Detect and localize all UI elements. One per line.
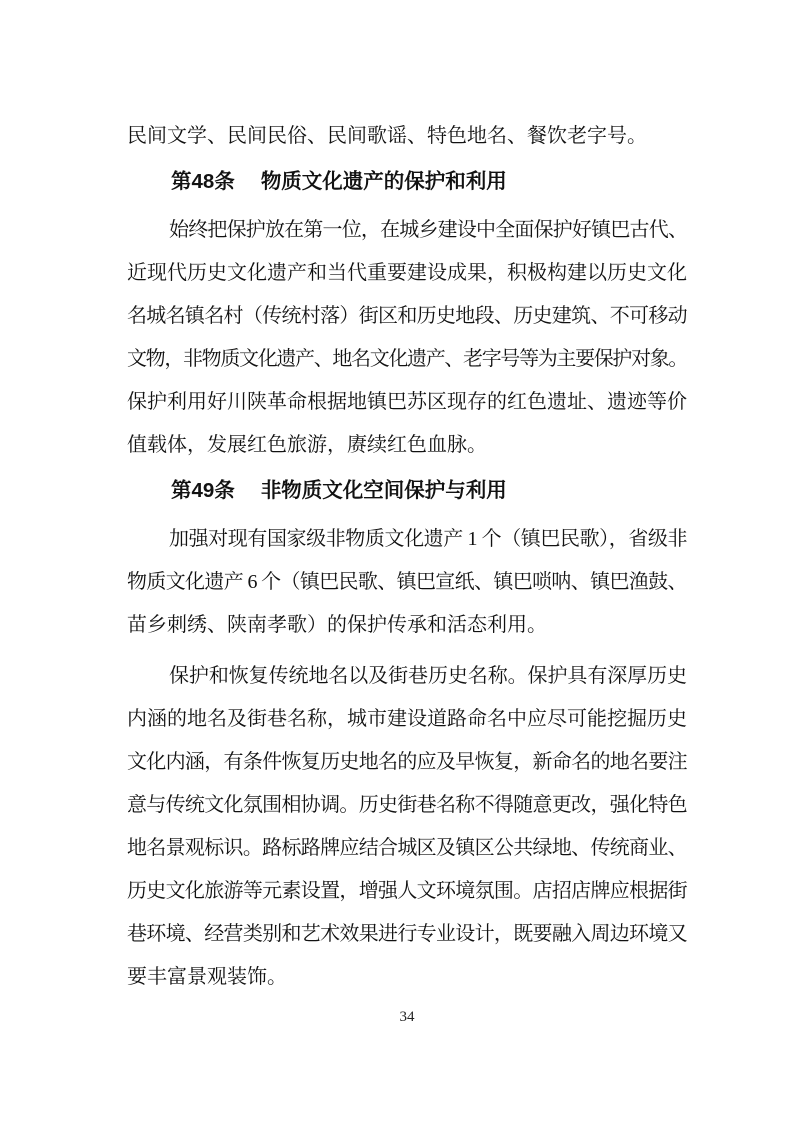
page-number: 34 (127, 1002, 687, 1032)
article-49-paragraph-2: 保护和恢复传统地名以及街巷历史名称。保护具有深厚历史 内涵的地名及街巷名称，城市… (127, 655, 687, 999)
text-line-content: 文物，非物质文化遗产、地名文化遗产、老字号等为主要保护对象。 (127, 348, 687, 370)
text-line-content: 近现代历史文化遗产和当代重要建设成果，积极构建以历史文化 (127, 262, 687, 284)
text-line: 名城名镇名村（传统村落）街区和历史地段、历史建筑、不可移动 (127, 295, 687, 338)
text-line: 值载体，发展红色旅游，赓续红色血脉。 (127, 424, 687, 467)
text-line: 文化内涵，有条件恢复历史地名的应及早恢复，新命名的地名要注 (127, 741, 687, 784)
text-line: 巷环境、经营类别和艺术效果进行专业设计，既要融入周边环境又 (127, 913, 687, 956)
text-line: 保护利用好川陕革命根据地镇巴苏区现存的红色遗址、遗迹等价 (127, 381, 687, 424)
article-48-title: 物质文化遗产的保护和利用 (261, 170, 507, 193)
text-line-content: 保护利用好川陕革命根据地镇巴苏区现存的红色遗址、遗迹等价 (127, 391, 687, 413)
article-49-heading: 第49条非物质文化空间保护与利用 (171, 469, 687, 512)
article-48-number: 第48条 (171, 170, 235, 193)
text-line-content: 文化内涵，有条件恢复历史地名的应及早恢复，新命名的地名要注 (127, 751, 687, 773)
text-line-content: 始终把保护放在第一位，在城乡建设中全面保护好镇巴古代、 (169, 219, 687, 241)
text-line-content: 内涵的地名及街巷名称，城市建设道路命名中应尽可能挖掘历史 (127, 708, 687, 730)
text-line: 历史文化旅游等元素设置，增强人文环境氛围。店招店牌应根据街 (127, 870, 687, 913)
text-line-content: 加强对现有国家级非物质文化遗产 1 个（镇巴民歌），省级非 (169, 528, 687, 550)
text-line-content: 巷环境、经营类别和艺术效果进行专业设计，既要融入周边环境又 (127, 923, 687, 945)
text-line: 文物，非物质文化遗产、地名文化遗产、老字号等为主要保护对象。 (127, 338, 687, 381)
text-line-content: 意与传统文化氛围相协调。历史街巷名称不得随意更改，强化特色 (127, 794, 687, 816)
article-48-paragraph: 始终把保护放在第一位，在城乡建设中全面保护好镇巴古代、 近现代历史文化遗产和当代… (127, 209, 687, 467)
text-line: 近现代历史文化遗产和当代重要建设成果，积极构建以历史文化 (127, 252, 687, 295)
text-line-content: 苗乡刺绣、陕南孝歌）的保护传承和活态利用。 (127, 614, 547, 636)
text-line: 苗乡刺绣、陕南孝歌）的保护传承和活态利用。 (127, 604, 687, 647)
text-line: 物质文化遗产 6 个（镇巴民歌、镇巴宣纸、镇巴唢呐、镇巴渔鼓、 (127, 561, 687, 604)
text-line-content: 要丰富景观装饰。 (127, 966, 287, 988)
text-line: 意与传统文化氛围相协调。历史街巷名称不得随意更改，强化特色 (127, 784, 687, 827)
text-line-content: 民间文学、民间民俗、民间歌谣、特色地名、餐饮老字号。 (127, 125, 647, 147)
text-line-content: 历史文化旅游等元素设置，增强人文环境氛围。店招店牌应根据街 (127, 880, 687, 902)
text-line: 要丰富景观装饰。 (127, 956, 687, 999)
text-line-content: 地名景观标识。路标路牌应结合城区及镇区公共绿地、传统商业、 (127, 837, 687, 859)
text-line-content: 值载体，发展红色旅游，赓续红色血脉。 (127, 434, 487, 456)
text-line-content: 物质文化遗产 6 个（镇巴民歌、镇巴宣纸、镇巴唢呐、镇巴渔鼓、 (127, 571, 687, 593)
text-line: 内涵的地名及街巷名称，城市建设道路命名中应尽可能挖掘历史 (127, 698, 687, 741)
text-line: 加强对现有国家级非物质文化遗产 1 个（镇巴民歌），省级非 (127, 518, 687, 561)
article-48-heading: 第48条物质文化遗产的保护和利用 (171, 160, 687, 203)
article-49-paragraph-1: 加强对现有国家级非物质文化遗产 1 个（镇巴民歌），省级非 物质文化遗产 6 个… (127, 518, 687, 647)
page-content: 民间文学、民间民俗、民间歌谣、特色地名、餐饮老字号。 第48条物质文化遗产的保护… (127, 115, 687, 999)
text-line: 民间文学、民间民俗、民间歌谣、特色地名、餐饮老字号。 (127, 115, 687, 158)
text-line: 始终把保护放在第一位，在城乡建设中全面保护好镇巴古代、 (127, 209, 687, 252)
text-line: 地名景观标识。路标路牌应结合城区及镇区公共绿地、传统商业、 (127, 827, 687, 870)
article-49-title: 非物质文化空间保护与利用 (261, 479, 507, 502)
document-page: 民间文学、民间民俗、民间歌谣、特色地名、餐饮老字号。 第48条物质文化遗产的保护… (0, 0, 793, 1122)
text-line-content: 保护和恢复传统地名以及街巷历史名称。保护具有深厚历史 (169, 665, 687, 687)
text-line-content: 名城名镇名村（传统村落）街区和历史地段、历史建筑、不可移动 (127, 305, 687, 327)
text-line: 保护和恢复传统地名以及街巷历史名称。保护具有深厚历史 (127, 655, 687, 698)
article-49-number: 第49条 (171, 479, 235, 502)
